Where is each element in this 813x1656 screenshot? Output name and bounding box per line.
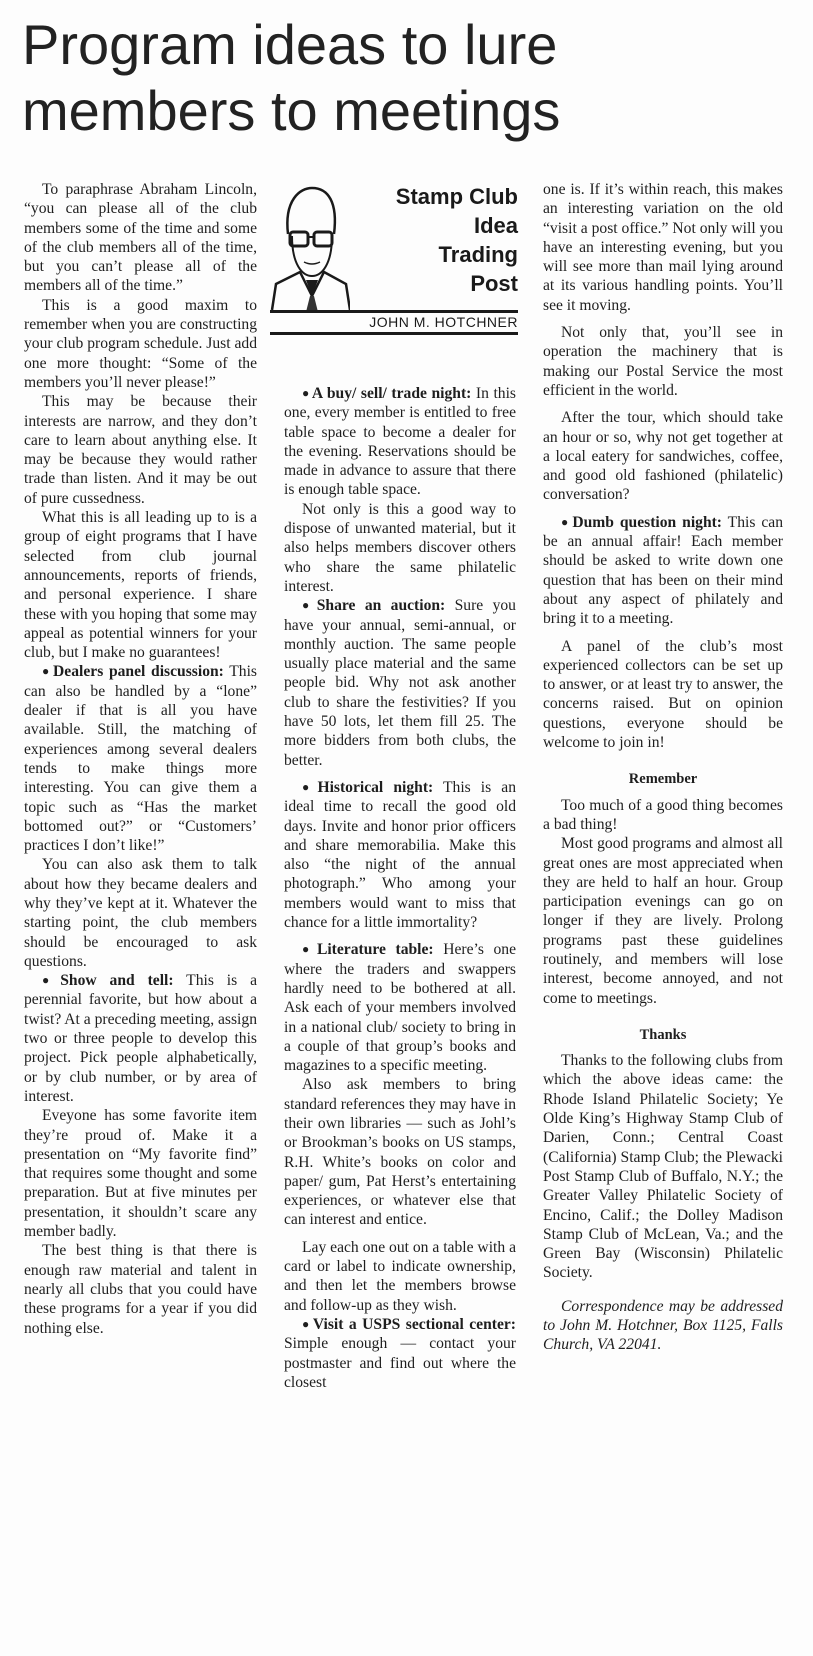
item-body: In this one, every member is entitled to… bbox=[284, 385, 516, 498]
article-column-1: To paraphrase Abraham Lincoln, “you can … bbox=[24, 180, 257, 1338]
man-with-glasses-portrait-icon bbox=[270, 176, 350, 316]
bullet-icon: ● bbox=[561, 515, 570, 529]
paragraph: What this is all leading up to is a grou… bbox=[24, 508, 257, 662]
paragraph: This may be because their interests are … bbox=[24, 392, 257, 508]
bullet-icon: ● bbox=[302, 598, 315, 612]
bullet-icon: ● bbox=[302, 1317, 311, 1331]
title-line: Idea bbox=[348, 211, 518, 240]
program-item-historical-night: ●Historical night: This is an ideal time… bbox=[284, 778, 516, 932]
paragraph: Too much of a good thing becomes a bad t… bbox=[543, 796, 783, 835]
column-logo: Stamp Club Idea Trading Post JOHN M. HOT… bbox=[270, 176, 518, 334]
program-item-dealers-panel: ●Dealers panel discussion: This can also… bbox=[24, 662, 257, 855]
paragraph: Not only is this a good way to dispose o… bbox=[284, 500, 516, 596]
paragraph: Not only that, you’ll see in operation t… bbox=[543, 323, 783, 400]
item-lead: Visit a USPS sectional center: bbox=[313, 1316, 516, 1333]
paragraph: one is. If it’s within reach, this makes… bbox=[543, 180, 783, 315]
item-lead: A buy/ sell/ trade night: bbox=[312, 385, 471, 402]
article-column-2: ●A buy/ sell/ trade night: In this one, … bbox=[284, 384, 516, 1392]
item-body: This can also be handled by a “lone” dea… bbox=[24, 663, 257, 854]
item-body: Sure you have your annual, semi-annual, … bbox=[284, 597, 516, 768]
author-byline: JOHN M. HOTCHNER bbox=[369, 314, 518, 330]
bullet-icon: ● bbox=[42, 664, 51, 678]
paragraph: You can also ask them to talk about how … bbox=[24, 855, 257, 971]
program-item-share-auction: ●Share an auction: Sure you have your an… bbox=[284, 596, 516, 770]
title-line: Post bbox=[348, 269, 518, 298]
paragraph: After the tour, which should take an hou… bbox=[543, 408, 783, 504]
program-item-usps-visit: ●Visit a USPS sectional center: Simple e… bbox=[284, 1315, 516, 1392]
bullet-icon: ● bbox=[302, 780, 315, 794]
item-lead: Dealers panel discussion: bbox=[53, 663, 224, 680]
bullet-icon: ● bbox=[42, 973, 58, 987]
item-lead: Literature table: bbox=[317, 941, 434, 958]
item-lead: Dumb question night: bbox=[572, 514, 722, 531]
paragraph: Lay each one out on a table with a card … bbox=[284, 1238, 516, 1315]
paragraph: The best thing is that there is enough r… bbox=[24, 1241, 257, 1337]
program-item-show-and-tell: ●Show and tell: This is a perennial favo… bbox=[24, 971, 257, 1106]
divider bbox=[270, 332, 518, 335]
bullet-icon: ● bbox=[302, 942, 315, 956]
divider bbox=[270, 310, 518, 313]
item-lead: Show and tell: bbox=[60, 972, 173, 989]
item-lead: Historical night: bbox=[317, 779, 433, 796]
item-lead: Share an auction: bbox=[317, 597, 446, 614]
program-item-buy-sell-trade: ●A buy/ sell/ trade night: In this one, … bbox=[284, 384, 516, 500]
paragraph: A panel of the club’s most experienced c… bbox=[543, 637, 783, 753]
subheading-remember: Remember bbox=[543, 770, 783, 789]
column-title: Stamp Club Idea Trading Post bbox=[348, 182, 518, 298]
title-line: Stamp Club bbox=[348, 182, 518, 211]
program-item-literature-table: ●Literature table: Here’s one where the … bbox=[284, 940, 516, 1075]
paragraph: Eveyone has some favorite item they’re p… bbox=[24, 1106, 257, 1241]
article-column-3: one is. If it’s within reach, this makes… bbox=[543, 180, 783, 1355]
paragraph: This is a good maxim to remember when yo… bbox=[24, 296, 257, 392]
paragraph: To paraphrase Abraham Lincoln, “you can … bbox=[24, 180, 257, 296]
bullet-icon: ● bbox=[302, 386, 310, 400]
item-body: This is a perennial favorite, but how ab… bbox=[24, 972, 257, 1105]
correspondence-note: Correspondence may be addressed to John … bbox=[543, 1297, 783, 1355]
paragraph: Thanks to the following clubs from which… bbox=[543, 1051, 783, 1283]
item-body: Simple enough — contact your postmaster … bbox=[284, 1335, 516, 1391]
subheading-thanks: Thanks bbox=[543, 1026, 783, 1045]
paragraph: Most good programs and almost all great … bbox=[543, 834, 783, 1008]
headline: Program ideas to lure members to meeting… bbox=[22, 12, 802, 144]
paragraph: Also ask members to bring standard refer… bbox=[284, 1075, 516, 1229]
item-body: Here’s one where the traders and swapper… bbox=[284, 941, 516, 1074]
title-line: Trading bbox=[348, 240, 518, 269]
item-body: This is an ideal time to recall the good… bbox=[284, 779, 516, 931]
program-item-dumb-question: ●Dumb question night: This can be an ann… bbox=[543, 513, 783, 629]
